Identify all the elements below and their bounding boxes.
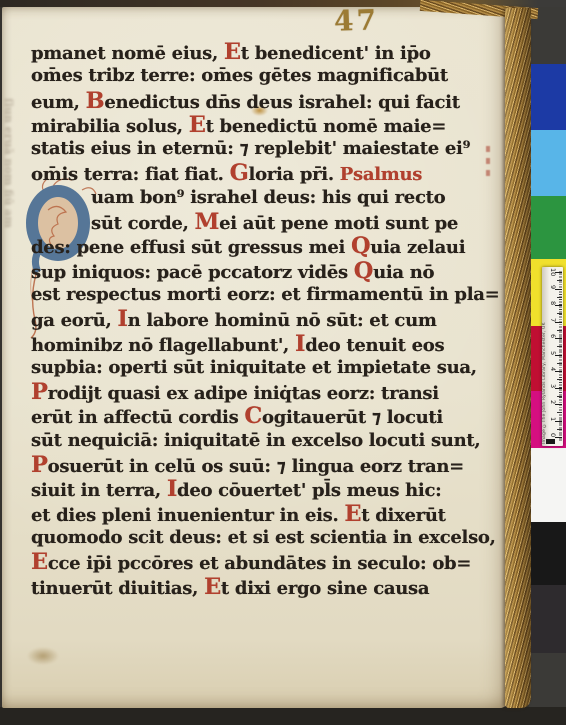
- folio-number: 47: [333, 3, 379, 38]
- ruler-half-tick: [557, 346, 562, 347]
- text-line: Posuerūt in celū os suū: ⁊ lingua eorz t…: [31, 453, 476, 477]
- text-line: pmanet nomē eius, Et benedicent' in ip̄o: [31, 40, 476, 64]
- text-line: ga eorū, In labore hominū nō sūt: et cum: [31, 307, 476, 331]
- line-text: supbia: operti sūt iniquitate et impieta…: [31, 357, 477, 378]
- color-patch-black: [531, 522, 566, 585]
- text-line: om̄es tribz terre: om̄es gētes magnifica…: [31, 64, 476, 88]
- show-through-text: ſiun eruā nom fiū am: [0, 98, 15, 308]
- color-patch-light-blue: [531, 130, 566, 196]
- line-text: om̄is terra: fiat fiat.: [31, 164, 230, 185]
- line-text: ga eorū,: [31, 310, 117, 331]
- rubricated-text: Q: [354, 258, 373, 284]
- line-text: siuit in terra,: [31, 480, 167, 501]
- line-text: n labore hominū nō sūt: et cum: [128, 310, 437, 331]
- line-text: rodijt quasi ex adipe iniq̇tas eorz: tra…: [48, 383, 439, 404]
- ruler-cm-tick: [555, 421, 562, 422]
- rubricated-text: E: [189, 112, 206, 138]
- text-line: hominibz nō flagellabunt', Ideo tenuit e…: [31, 332, 476, 356]
- line-text: et dies pleni inuenientur in eis.: [31, 505, 344, 526]
- rubricated-text: M: [195, 209, 220, 235]
- ruler-cm-tick: [555, 355, 562, 356]
- stain: [27, 647, 59, 665]
- ruler-half-tick: [557, 396, 562, 397]
- ruler-half-tick: [557, 330, 562, 331]
- manuscript-photograph: ſiun eruā nom fiū am 47 pmanet nomē eius…: [0, 0, 566, 725]
- line-text: quomodo scit deus: et si est scientia in…: [31, 527, 496, 548]
- ruler-cm-tick: [555, 272, 562, 273]
- rubricated-text: C: [244, 403, 262, 429]
- ruler-cm-tick: [555, 437, 562, 438]
- ruler-half-tick: [557, 280, 562, 281]
- line-text: loria pr̄i.: [249, 164, 340, 185]
- line-text: pmanet nomē eius,: [31, 43, 224, 64]
- text-line: Ecce ip̄i pccōres et abundātes in seculo…: [31, 550, 476, 574]
- text-line: est respectus morti eorz: et firmamentū …: [31, 283, 476, 307]
- text-line: des: pene effusi sūt gressus mei Quia ze…: [31, 234, 476, 258]
- line-text: uam bon⁹ israhel deus: his qui recto: [91, 187, 445, 208]
- ruler-half-tick: [557, 429, 562, 430]
- text-line: statis eius in eternū: ⁊ replebit' maies…: [31, 137, 476, 161]
- line-text: sup iniquos: pacē pccatorz vidēs: [31, 262, 354, 283]
- rubricated-text: E: [224, 39, 241, 65]
- line-text: erūt in affectū cordis: [31, 407, 244, 428]
- ruler-cm-tick: [555, 322, 562, 323]
- ink-bleed-mark: [486, 146, 490, 180]
- line-text: hominibz nō flagellabunt',: [31, 335, 295, 356]
- line-text: t dixerūt: [361, 505, 445, 526]
- ruler-cm-tick: [555, 289, 562, 290]
- background: [0, 707, 566, 725]
- ruler: Image ©The John Rylands Library, Manches…: [542, 267, 563, 446]
- line-text: ei aūt pene moti sunt pe: [219, 213, 458, 234]
- line-text: uia nō: [373, 262, 434, 283]
- ruler-cm-tick: [555, 305, 562, 306]
- rubricated-text: G: [230, 160, 249, 186]
- rubricated-text: E: [31, 549, 48, 575]
- line-text: mirabilia solus,: [31, 116, 189, 137]
- color-patch-white: [531, 448, 566, 522]
- line-text: deo tenuit eos: [305, 335, 444, 356]
- rubricated-text: I: [167, 476, 177, 502]
- color-patch-green: [531, 196, 566, 259]
- text-line: erūt in affectū cordis Cogitauerūt ⁊ loc…: [31, 404, 476, 428]
- text-line: sup iniquos: pacē pccatorz vidēs Quia nō: [31, 259, 476, 283]
- line-text: ogitauerūt ⁊ locuti: [262, 407, 443, 428]
- line-text: statis eius in eternū: ⁊ replebit' maies…: [31, 138, 470, 159]
- text-line: om̄is terra: fiat fiat. Gloria pr̄i. Psa…: [31, 161, 476, 185]
- rubricated-text: E: [344, 501, 361, 527]
- line-text: enedictus dn̄s deus israhel: qui facit: [104, 92, 459, 113]
- line-text: cce ip̄i pccōres et abundātes in seculo:…: [48, 553, 471, 574]
- rubricated-text: P: [31, 452, 48, 478]
- ruler-cm-tick: [555, 371, 562, 372]
- line-text: sūt nequiciā: iniquitatē in excelso locu…: [31, 430, 480, 451]
- rubricated-text: B: [86, 88, 105, 114]
- text-line: uam bon⁹ israhel deus: his qui recto: [31, 186, 476, 210]
- ruler-half-tick: [557, 297, 562, 298]
- gilded-fore-edge: [505, 8, 531, 708]
- rubricated-text: E: [204, 574, 221, 600]
- line-text: t benedicent' in ip̄o: [241, 43, 431, 64]
- text-block: pmanet nomē eius, Et benedicent' in ip̄o…: [31, 40, 476, 599]
- rubricated-text: P: [31, 379, 48, 405]
- rubricated-text: Psalmus: [340, 164, 422, 185]
- text-line: sūt corde, Mei aūt pene moti sunt pe: [31, 210, 476, 234]
- rubricated-text: I: [117, 306, 127, 332]
- ruler-caption: Image ©The John Rylands Library, Manches…: [542, 269, 548, 444]
- line-text: sūt corde,: [91, 213, 195, 234]
- color-patch-dark-gray: [531, 585, 566, 653]
- line-text: t benedictū nomē maie=: [206, 116, 447, 137]
- rubricated-text: Q: [351, 233, 370, 259]
- text-line: quomodo scit deus: et si est scientia in…: [31, 526, 476, 550]
- line-text: eum,: [31, 92, 86, 113]
- text-line: et dies pleni inuenientur in eis. Et dix…: [31, 502, 476, 526]
- line-text: om̄es tribz terre: om̄es gētes magnifica…: [31, 65, 448, 86]
- text-line: sūt nequiciā: iniquitatē in excelso locu…: [31, 429, 476, 453]
- line-text: des: pene effusi sūt gressus mei: [31, 237, 351, 258]
- line-text: osuerūt in celū os suū: ⁊ lingua eorz tr…: [48, 456, 464, 477]
- ruler-half-tick: [557, 412, 562, 413]
- text-line: siuit in terra, Ideo cōuertet' pl̄s meus…: [31, 477, 476, 501]
- line-text: est respectus morti eorz: et firmamentū …: [31, 284, 499, 305]
- ruler-half-tick: [557, 379, 562, 380]
- ruler-cm-tick: [555, 404, 562, 405]
- ruler-half-tick: [557, 363, 562, 364]
- line-text: uia zelaui: [370, 237, 465, 258]
- line-text: tinuerūt diuitias,: [31, 578, 204, 599]
- rubricated-text: I: [295, 331, 305, 357]
- text-line: mirabilia solus, Et benedictū nomē maie=: [31, 113, 476, 137]
- color-patch-dark-blue: [531, 64, 566, 130]
- text-line: tinuerūt diuitias, Et dixi ergo sine cau…: [31, 575, 476, 599]
- line-text: deo cōuertet' pl̄s meus hic:: [177, 480, 441, 501]
- ruler-cm-tick: [555, 388, 562, 389]
- text-line: Prodijt quasi ex adipe iniq̇tas eorz: tr…: [31, 380, 476, 404]
- line-text: t dixi ergo sine causa: [221, 578, 429, 599]
- ruler-cm-tick: [555, 338, 562, 339]
- text-line: eum, Benedictus dn̄s deus israhel: qui f…: [31, 89, 476, 113]
- ruler-half-tick: [557, 313, 562, 314]
- text-line: supbia: operti sūt iniquitate et impieta…: [31, 356, 476, 380]
